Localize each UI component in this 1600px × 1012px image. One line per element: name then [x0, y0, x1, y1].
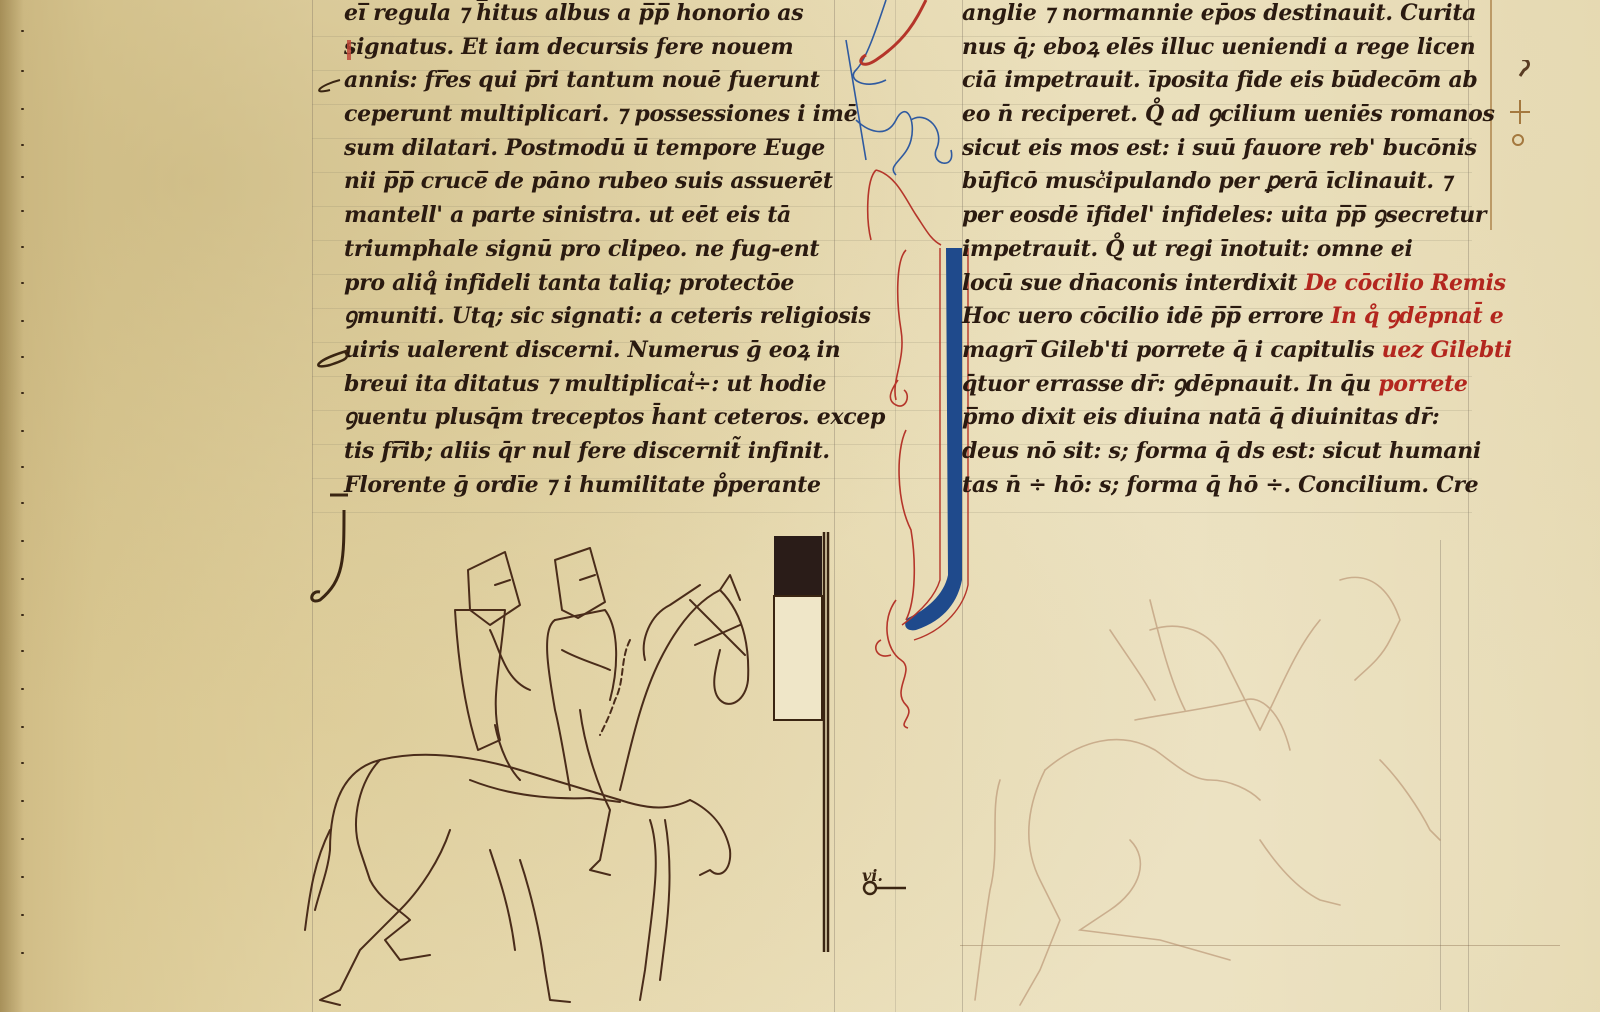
- text-line: ei̅ regula ⁊ h̅itus albus a p̅p̅ honorio…: [344, 0, 844, 31]
- text-line: Hoc uero cōcilio idē p̅p̅ errore In q̊ ꝯ…: [962, 300, 1482, 334]
- text-line: sum dilatari. Postmodū u̅ tempore Euge: [344, 132, 844, 166]
- text-line: uiris ualerent discerni. Numerus ḡ eoꝝ i…: [344, 334, 844, 368]
- text-line: būficō musc͛ipulando per ꝑerā īclinauit.…: [962, 165, 1482, 199]
- left-text-column: ei̅ regula ⁊ h̅itus albus a p̅p̅ honorio…: [344, 0, 844, 502]
- text-line: q̄tuor errasse dr̄: ꝯdēpnauit. In q̄u po…: [962, 368, 1482, 402]
- rubric: porrete: [1378, 371, 1467, 397]
- rubric: In q̊ ꝯdēpnat̄ e: [1331, 303, 1504, 329]
- templar-banner: [770, 532, 830, 957]
- numeral-flourish: [858, 872, 918, 902]
- text-line: tis fr̅ib; aliis q̄r nul fere discernit̃…: [344, 435, 844, 469]
- text-line: tas n̄ ÷ hō: s; forma q̄ hō ÷. Concilium…: [962, 469, 1482, 503]
- text-line: eo n̄ reciperet. Q̊ ad ꝯcilium ueniēs ro…: [962, 98, 1482, 132]
- text-line: pro aliq̊ infideli tanta taliq; protectō…: [344, 267, 844, 301]
- text-line: Florente ḡ ordīe ⁊ i humilitate p̊perant…: [344, 469, 844, 503]
- text-line: per eosdē īfidel' infideles: uita p̅p̅ ꝯ…: [962, 199, 1482, 233]
- rubric-heading: De cōcilio Remis: [1305, 270, 1506, 296]
- marginal-cross-icon: [1500, 60, 1540, 160]
- text-line: locū sue dn̄aconis interdixit De cōcilio…: [962, 267, 1482, 301]
- text-line: breui ita ditatus ⁊ multiplicat͛÷: ut ho…: [344, 368, 844, 402]
- text-line: nii p̅p̅ cruce̅ de pāno rubeo suis assue…: [344, 165, 844, 199]
- text-line: p̅mo dixit eis diuina natā q̄ diuinitas …: [962, 401, 1482, 435]
- text-line: magri̅ Gileb'ti porrete q̄ i capitulis u…: [962, 334, 1482, 368]
- text-line: annis: fr̅es qui p̅ri tantum nouē fuerun…: [344, 64, 844, 98]
- text-line: ꝯuentu plusq̄m treceptos h̄ant ceteros. …: [344, 401, 844, 435]
- text-line: sicut eis mos est: i suū fauore reb' buc…: [962, 132, 1482, 166]
- gutter-shadow: [0, 0, 24, 1012]
- text-line: ꝯmuniti. Utq; sic signati: a ceteris rel…: [344, 300, 844, 334]
- parchment-page: ei̅ regula ⁊ h̅itus albus a p̅p̅ honorio…: [0, 0, 1600, 1012]
- text-line: ciā impetrauit. īposita fide eis būdecōm…: [962, 64, 1482, 98]
- text-line: anglie ⁊ normannie ep̄os destinauit. Cur…: [962, 0, 1482, 31]
- rubric: uez Gilebti: [1382, 337, 1512, 363]
- right-text-column: anglie ⁊ normannie ep̄os destinauit. Cur…: [962, 0, 1482, 502]
- text-line: impetrauit. Q̊ ut regi īnotuit: omne ei: [962, 233, 1482, 267]
- text-line: signatus. Et iam decursis fere nouem: [344, 31, 844, 65]
- text-line: nus q̄; eboꝝ elēs illuc ueniendi a rege …: [962, 31, 1482, 65]
- text-line: mantell' a parte sinistra. ut eēt eis tā: [344, 199, 844, 233]
- text-line: deus nō sit: s; forma q̄ ds est: sicut h…: [962, 435, 1482, 469]
- faint-sketch-rider: [960, 540, 1520, 1010]
- text-line: triumphale signū pro clipeo. ne fug-ent: [344, 233, 844, 267]
- text-line: ceperunt multiplicari. ⁊ possessiones i …: [344, 98, 844, 132]
